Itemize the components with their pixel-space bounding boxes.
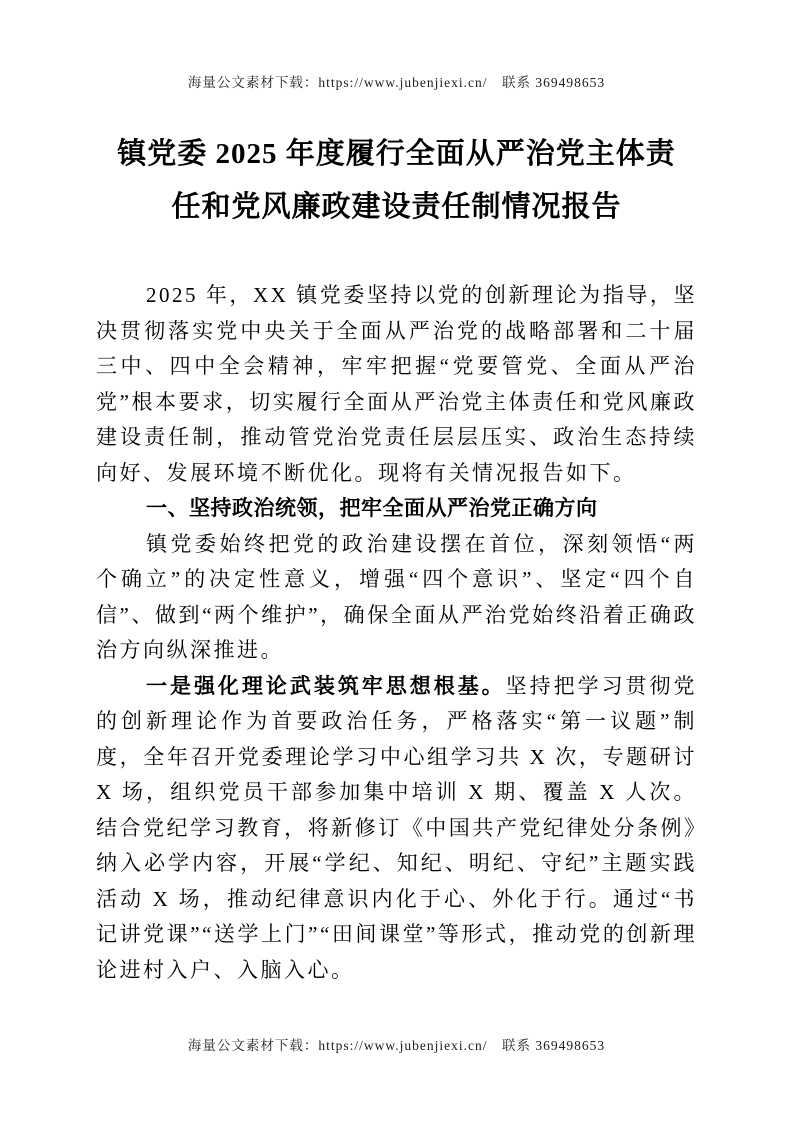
section-heading: 一、坚持政治统领，把牢全面从严治党正确方向	[96, 491, 697, 527]
text-run: 2025 年，XX 镇党委坚持以党的创新理论为指导，坚决贯彻落实党中央关于全面从…	[96, 283, 697, 485]
footer-watermark-text: 海量公文素材下载：https://www.jubenjiexi.cn/ 联系 3…	[188, 1038, 605, 1053]
header-watermark: 海量公文素材下载：https://www.jubenjiexi.cn/ 联系 3…	[0, 71, 793, 91]
document-body: 2025 年，XX 镇党委坚持以党的创新理论为指导，坚决贯彻落实党中央关于全面从…	[96, 278, 697, 988]
document-title-line: 镇党委 2025 年度履行全面从严治党主体责	[96, 128, 697, 181]
header-watermark-text: 海量公文素材下载：https://www.jubenjiexi.cn/ 联系 3…	[188, 75, 605, 90]
paragraph: 镇党委始终把党的政治建设摆在首位，深刻领悟“两个确立”的决定性意义，增强“四个意…	[96, 527, 697, 669]
document-page: 海量公文素材下载：https://www.jubenjiexi.cn/ 联系 3…	[0, 0, 793, 1122]
document-title-line: 任和党风廉政建设责任制情况报告	[96, 181, 697, 234]
bold-run: 一、坚持政治统领，把牢全面从严治党正确方向	[146, 497, 598, 520]
bold-run: 一是强化理论武装筑牢思想根基。	[146, 674, 506, 698]
document-title: 镇党委 2025 年度履行全面从严治党主体责任和党风廉政建设责任制情况报告	[96, 128, 697, 234]
paragraph: 一是强化理论武装筑牢思想根基。坚持把学习贯彻党的创新理论作为首要政治任务，严格落…	[96, 669, 697, 989]
text-run: 坚持把学习贯彻党的创新理论作为首要政治任务，严格落实“第一议题”制度，全年召开党…	[96, 674, 697, 982]
paragraph: 2025 年，XX 镇党委坚持以党的创新理论为指导，坚决贯彻落实党中央关于全面从…	[96, 278, 697, 491]
footer-watermark: 海量公文素材下载：https://www.jubenjiexi.cn/ 联系 3…	[0, 1034, 793, 1054]
text-run: 镇党委始终把党的政治建设摆在首位，深刻领悟“两个确立”的决定性意义，增强“四个意…	[96, 532, 697, 663]
